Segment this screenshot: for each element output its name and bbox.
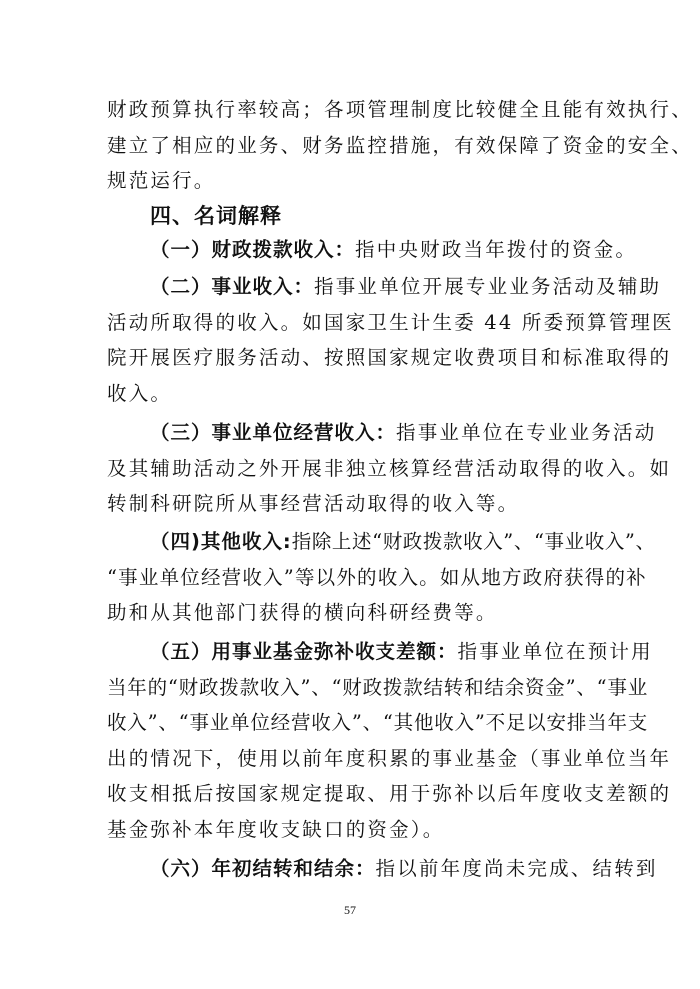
page-number: 57 [0, 903, 700, 918]
term-definition: 指中央财政当年拨付的资金。 [355, 238, 637, 261]
body-text-line: 当年的“财政拨款收入”、“财政拨款结转和结余资金”、“事业 [107, 676, 597, 700]
term-label: （一）财政拨款收入： [150, 238, 355, 261]
body-text-line: 规范运行。 [107, 169, 597, 193]
term-label: （三）事业单位经营收入： [150, 421, 396, 444]
term-5: （五）用事业基金弥补收支差额：指事业单位在预计用 [150, 640, 597, 664]
term-3: （三）事业单位经营收入：指事业单位在专业业务活动 [150, 421, 597, 445]
term-6: （六）年初结转和结余：指以前年度尚未完成、结转到 [150, 857, 597, 881]
body-text-line: 院开展医疗服务活动、按照国家规定收费项目和标准取得的 [107, 346, 597, 370]
body-text-line: 基金弥补本年度收支缺口的资金）。 [107, 818, 597, 842]
body-text-line: 出的情况下，使用以前年度积累的事业基金（事业单位当年 [107, 747, 597, 771]
section-heading: 四、名词解释 [150, 204, 597, 228]
term-definition: 指以前年度尚未完成、结转到 [376, 857, 658, 880]
body-text-line: 收支相抵后按国家规定提取、用于弥补以后年度收支差额的 [107, 782, 597, 806]
term-label: （五）用事业基金弥补收支差额： [150, 640, 458, 663]
body-text-line: 建立了相应的业务、财务监控措施，有效保障了资金的安全、 [107, 134, 597, 158]
body-text-line: 活动所取得的收入。如国家卫生计生委 44 所委预算管理医 [107, 311, 597, 335]
term-label: （二）事业收入： [150, 275, 314, 298]
body-text-line: 收入。 [107, 382, 597, 406]
term-definition: 指事业单位开展专业业务活动及辅助 [314, 275, 661, 298]
term-1: （一）财政拨款收入：指中央财政当年拨付的资金。 [150, 238, 597, 262]
body-text-line: 财政预算执行率较高；各项管理制度比较健全且能有效执行、 [107, 98, 597, 122]
body-text-line: 收入”、“事业单位经营收入”、“其他收入”不足以安排当年支 [107, 711, 597, 735]
term-definition: 指事业单位在预计用 [458, 640, 653, 663]
body-text-line: “事业单位经营收入”等以外的收入。如从地方政府获得的补 [107, 566, 597, 590]
term-definition: 指事业单位在专业业务活动 [396, 421, 656, 444]
term-2: （二）事业收入：指事业单位开展专业业务活动及辅助 [150, 275, 597, 299]
term-label: （四)其他收入: [150, 530, 292, 553]
body-text-line: 转制科研院所从事经营活动取得的收入等。 [107, 492, 597, 516]
term-label: （六）年初结转和结余： [150, 857, 376, 880]
term-definition: 指除上述“财政拨款收入”、“事业收入”、 [292, 530, 656, 553]
term-4: （四)其他收入:指除上述“财政拨款收入”、“事业收入”、 [150, 530, 597, 554]
body-text-line: 及其辅助活动之外开展非独立核算经营活动取得的收入。如 [107, 457, 597, 481]
body-text-line: 助和从其他部门获得的横向科研经费等。 [107, 601, 597, 625]
